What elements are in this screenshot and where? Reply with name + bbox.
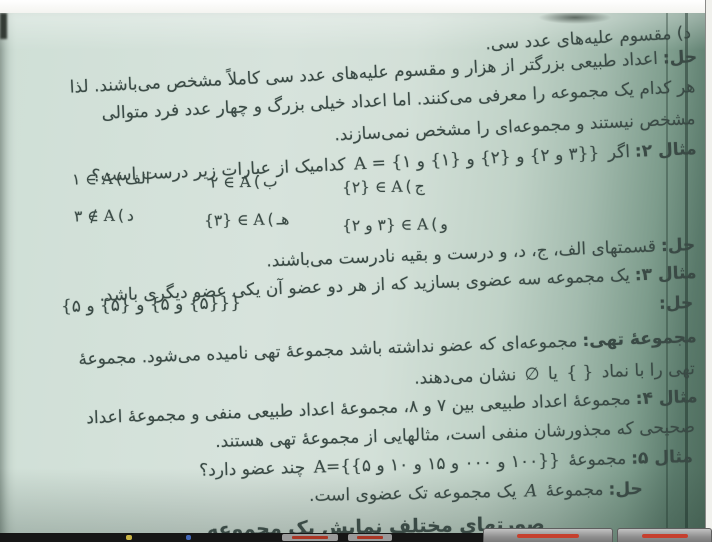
option-paren: (	[405, 178, 411, 196]
example2-label: مثال ۲:	[635, 139, 698, 162]
taskbar-item[interactable]	[348, 534, 392, 541]
option-he: هـ({۳} ∈ A	[204, 210, 290, 229]
option-expression: ۱ ∈ A	[72, 170, 113, 189]
example5-label: مثال ۵:	[631, 447, 693, 469]
option-be: ب(۲ ∈ A	[210, 172, 278, 191]
option-paren: (	[254, 173, 260, 191]
solution-label: حل:	[662, 47, 697, 69]
text-line-empty-set2: تهی را با نماد { } یا ∅ نشان می‌دهند.	[414, 359, 695, 389]
line-text: اگر	[608, 142, 631, 163]
option-paren: (	[431, 215, 437, 233]
line-text: مجموعهٔ	[568, 449, 626, 471]
set-formula: A = {۱ و {۱} و {۲} و {۲ و ۳}}	[354, 143, 600, 174]
option-jim: ج({۲} ∈ A	[342, 177, 425, 196]
line-text: چند عضو دارد؟	[199, 458, 306, 481]
option-paren: (	[267, 211, 273, 229]
taskbar-item[interactable]	[282, 534, 338, 541]
option-alef: الف(۱ ∈ A	[72, 169, 150, 188]
line-text: مجموعهٔ	[546, 480, 604, 501]
option-label: ب	[263, 172, 278, 190]
solution-label: حل:	[609, 479, 644, 500]
taskbar-button[interactable]	[617, 528, 712, 542]
taskbar-button[interactable]	[483, 528, 613, 542]
example3-label: مثال ۳:	[635, 263, 697, 285]
option-label: و	[440, 215, 448, 233]
line-text: مجموعه‌ای که عضو نداشته باشد مجموعهٔ تهی…	[78, 331, 578, 369]
empty-set-symbol: ∅	[525, 364, 541, 385]
red-dash-icon	[292, 536, 328, 539]
set-formula: A={{۵ و ۱۰ و ۱۵ و ٠٠٠ و ۱۰۰}}	[313, 451, 560, 478]
option-label: د	[127, 206, 134, 224]
option-paren: (	[116, 170, 122, 188]
option-label: ج	[414, 177, 424, 195]
text-line-solution1c: مشخص نیستند و مجموعه‌ای را مشخص نمی‌سازن…	[334, 109, 696, 145]
text-line-example5: مثال ۵:مجموعهٔ A={{۵ و ۱۰ و ۱۵ و ٠٠٠ و ۱…	[199, 447, 693, 481]
red-dash-icon	[642, 534, 688, 538]
red-dash-icon	[517, 534, 579, 538]
empty-braces-symbol: { }	[566, 363, 594, 384]
option-expression: {۲} ∈ A	[342, 178, 403, 197]
line-text: تهی را با نماد	[602, 359, 696, 382]
set-name-A: A	[525, 481, 538, 501]
line-text: نشان می‌دهند.	[414, 365, 517, 389]
top-shadow-smudge	[538, 13, 612, 24]
option-expression: ۳ ∉ A	[74, 207, 115, 226]
option-expression: ۲ ∈ A	[210, 173, 251, 192]
blue-indicator-dot	[186, 535, 191, 540]
red-dash-icon	[357, 536, 383, 539]
taskbar-strip	[0, 533, 486, 542]
solution-label: حل:	[659, 293, 694, 314]
option-expression: {۳} ∈ A	[204, 211, 265, 230]
text-line-solution3-formula: {۵ و {۵} و {۵ و {۵}}}	[58, 293, 244, 317]
line-text: مشخص نیستند و مجموعه‌ای را مشخص نمی‌سازن…	[334, 109, 696, 145]
set-formula: {۵ و {۵} و {۵ و {۵}}}	[61, 293, 241, 317]
yellow-indicator-dot	[126, 535, 132, 540]
text-line-solution3-label: حل:	[654, 293, 694, 314]
book-page-photo: د) مقسوم علیه‌های عدد سی. حل:اعداد طبیعی…	[0, 13, 705, 542]
option-label: الف	[125, 169, 150, 187]
line-text: یا	[548, 364, 559, 384]
example4-label: مثال ۴:	[635, 387, 697, 409]
right-white-page-edge	[705, 0, 712, 542]
line-text: یک مجموعه تک عضوی است.	[309, 482, 517, 506]
line-text: صحیحی که مجذورشان منفی است، مثالهایی از …	[215, 417, 695, 452]
option-dal: د(۳ ∉ A	[74, 206, 134, 225]
option-vav: و({۲ و ۳} ∈ A	[342, 215, 448, 235]
empty-set-label: مجموعهٔ تهی:	[582, 327, 697, 351]
text-line-example4b: صحیحی که مجذورشان منفی است، مثالهایی از …	[215, 417, 695, 452]
option-expression: {۲ و ۳} ∈ A	[342, 215, 429, 235]
option-label: هـ	[276, 210, 289, 228]
top-white-margin	[0, 0, 712, 13]
solution-label: حل:	[660, 235, 695, 256]
text-line-solution5: حل:مجموعهٔ A یک مجموعه تک عضوی است.	[309, 479, 643, 506]
screenshot-root: د) مقسوم علیه‌های عدد سی. حل:اعداد طبیعی…	[0, 0, 712, 542]
page-corner-shadow	[0, 13, 7, 39]
option-paren: (	[118, 207, 124, 225]
